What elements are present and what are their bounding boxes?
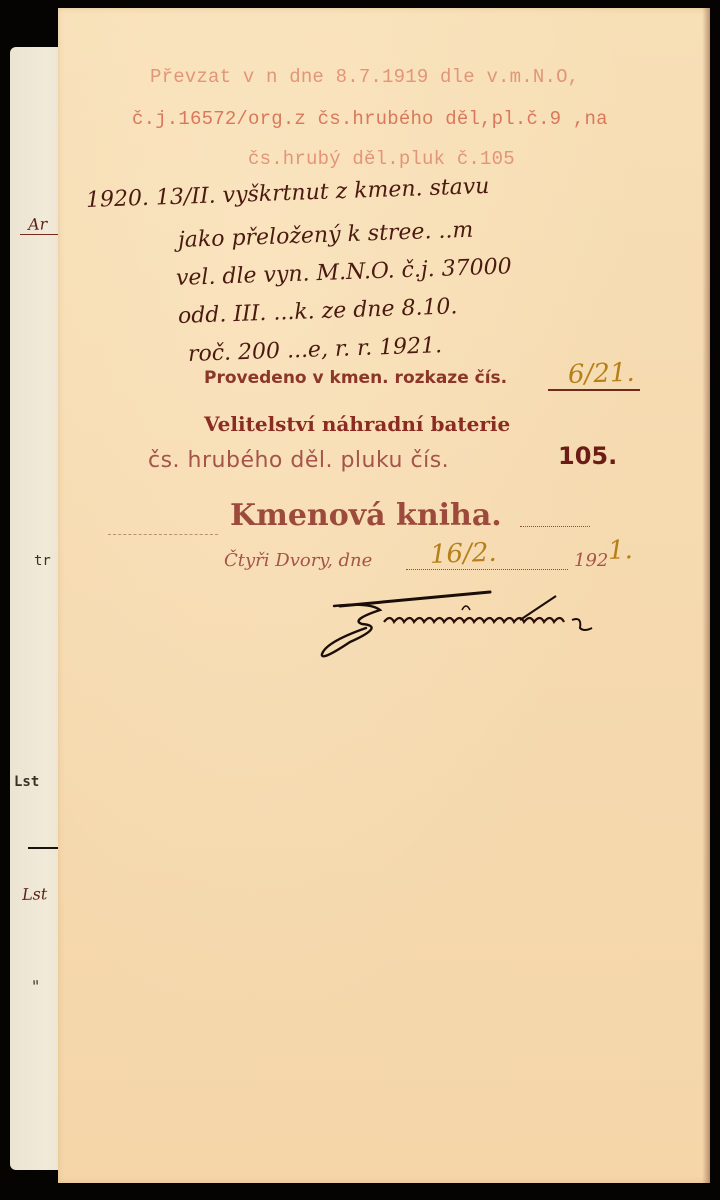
underlying-ditto-mark: " bbox=[32, 977, 40, 996]
signature: Zurcůskman bbox=[310, 584, 650, 664]
handwritten-note-line-2: jako přeložený k stree. ..m bbox=[178, 218, 474, 253]
faint-rule bbox=[108, 534, 218, 535]
handwritten-note-line-3: vel. dle vyn. M.N.O. č.j. 37000 bbox=[176, 254, 512, 291]
command-stamp-regiment-number: 105. bbox=[558, 442, 617, 470]
handwritten-note-line-1: 1920. 13/II. vyškrtnut z kmen. stavu bbox=[86, 174, 490, 213]
register-year-prefix: 192 bbox=[574, 550, 608, 571]
header-stamp-line-1: Převzat v n dne 8.7.1919 dle v.m.N.O, bbox=[150, 66, 579, 88]
executed-stamp-value: 6/21. bbox=[567, 358, 635, 390]
underlying-handwritten-fragment: Lst bbox=[22, 884, 48, 904]
underlying-handwritten-fragment: Ar bbox=[28, 214, 48, 234]
handwritten-note-line-4: odd. III. ...k. ze dne 8.10. bbox=[178, 294, 458, 329]
executed-stamp-label: Provedeno v kmen. rozkaze čís. bbox=[204, 368, 507, 388]
register-stamp-dotted-line bbox=[520, 526, 590, 527]
document-card: Převzat v n dne 8.7.1919 dle v.m.N.O, č.… bbox=[58, 8, 710, 1183]
executed-stamp-fill-line bbox=[548, 389, 640, 391]
command-stamp-line-2-prefix: čs. hrubého děl. pluku čís. bbox=[148, 448, 449, 473]
handwritten-note-line-5: roč. 200 ...e, r. r. 1921. bbox=[188, 333, 443, 367]
register-year-handwritten: 1. bbox=[607, 535, 633, 566]
underlying-typed-fragment: tr bbox=[34, 553, 51, 569]
signature-stroke-icon bbox=[310, 584, 650, 664]
header-stamp-line-3: čs.hrubý děl.pluk č.105 bbox=[248, 148, 515, 170]
register-place-label: Čtyři Dvory, dne bbox=[224, 550, 372, 571]
underlying-typed-fragment: Lst bbox=[14, 774, 39, 790]
register-date-handwritten: 16/2. bbox=[429, 538, 497, 570]
scan-background: Ar tr Lst Lst " Převzat v n dne 8.7.1919… bbox=[0, 0, 720, 1200]
header-stamp-line-2: č.j.16572/org.z čs.hrubého děl,pl.č.9 ,n… bbox=[132, 108, 608, 130]
register-stamp-title: Kmenová kniha. bbox=[230, 498, 502, 533]
command-stamp-line-1: Velitelství náhradní baterie bbox=[204, 412, 510, 436]
